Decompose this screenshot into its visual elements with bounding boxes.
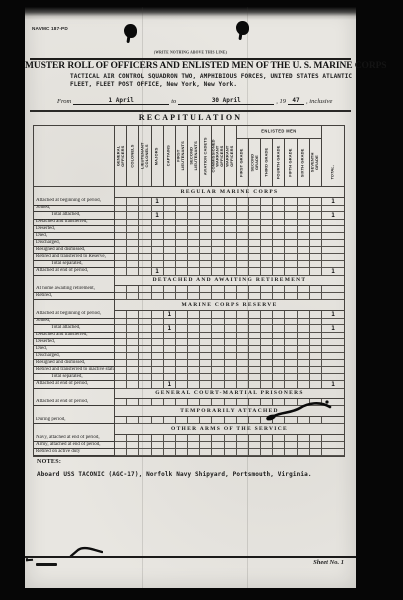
cell-value <box>115 435 127 442</box>
row-label: Retired and transferred to Reserve, <box>34 254 115 261</box>
cell-value <box>322 339 344 346</box>
cell-value <box>115 261 127 268</box>
cell-value <box>261 226 273 233</box>
cell-value <box>139 417 151 424</box>
cell-value <box>212 346 224 353</box>
cell-value <box>310 247 322 254</box>
cell-value <box>152 374 164 381</box>
cell-value <box>225 399 237 406</box>
row-label: Resigned and dismissed, <box>34 247 115 254</box>
period-line: From 1 April to 30 April , 19 47 , inclu… <box>55 97 334 105</box>
cell-value <box>200 226 212 233</box>
table-row: Deserted, <box>34 226 344 233</box>
table-row: Joined, <box>34 205 344 212</box>
cell-value <box>115 353 127 360</box>
cell-value <box>212 226 224 233</box>
cell-value <box>127 435 139 442</box>
cell-value <box>176 254 188 261</box>
row-label: At home awaiting retirement, <box>34 286 115 293</box>
ink-squiggle-mark <box>264 399 338 423</box>
cell-value <box>188 240 200 247</box>
cell-value <box>176 332 188 339</box>
column-header-first-grade: FIRST GRADE <box>237 139 249 186</box>
inclusive-label: , inclusive <box>304 98 334 105</box>
cell-value <box>164 353 176 360</box>
cell-value <box>298 339 310 346</box>
cell-value <box>237 261 249 268</box>
cell-value <box>152 449 164 456</box>
cell-value <box>188 346 200 353</box>
section-band-label-area <box>34 424 115 435</box>
cell-value <box>127 261 139 268</box>
table-row: Resigned and dismissed, <box>34 247 344 254</box>
cell-value <box>152 346 164 353</box>
cell-value <box>225 360 237 367</box>
cell-value <box>249 449 261 456</box>
cell-value <box>249 226 261 233</box>
cell-value <box>188 286 200 293</box>
table-row: Detached and transferred, <box>34 219 344 226</box>
cell-value <box>237 205 249 212</box>
cell-value <box>273 346 285 353</box>
row-label: During period, <box>34 417 115 424</box>
cell-value <box>164 367 176 374</box>
section-band: GENERAL COURT-MARTIAL PRISONERS <box>34 388 344 399</box>
cell-value <box>127 367 139 374</box>
table-row: Attached at beginning of period,11 <box>34 198 344 205</box>
cell-value <box>249 435 261 442</box>
table-row: Discharged, <box>34 353 344 360</box>
section-title: MARINE CORPS RESERVE <box>115 300 344 311</box>
cell-value <box>127 360 139 367</box>
cell-value <box>152 360 164 367</box>
cell-value <box>115 233 127 240</box>
cell-value <box>298 332 310 339</box>
cell-value <box>188 417 200 424</box>
cell-value <box>164 346 176 353</box>
section-band-label-area <box>34 187 115 198</box>
cell-value <box>310 339 322 346</box>
cell-value <box>273 332 285 339</box>
cell-value <box>298 286 310 293</box>
table-row: Resigned and dismissed, <box>34 360 344 367</box>
cell-value <box>139 318 151 325</box>
cell-value <box>212 293 224 300</box>
row-label: Retired and transferred to inactive stat… <box>34 367 115 374</box>
muster-roll-page: NAVMC 187-PD (WRITE NOTHING ABOVE THIS L… <box>25 7 356 588</box>
cell-value <box>273 233 285 240</box>
cell-value <box>261 449 273 456</box>
cell-value <box>188 261 200 268</box>
cell-value <box>176 449 188 456</box>
cell-value <box>298 318 310 325</box>
table-row: Retired and transferred to Reserve, <box>34 254 344 261</box>
cell-value <box>188 360 200 367</box>
cell-value <box>273 339 285 346</box>
cell-value <box>188 219 200 226</box>
cell-value <box>152 233 164 240</box>
enlisted-men-group-header: ENLISTED MEN <box>237 126 322 139</box>
cell-value <box>261 240 273 247</box>
cell-value <box>188 367 200 374</box>
cell-value <box>152 435 164 442</box>
cell-value <box>212 286 224 293</box>
cell-value <box>237 286 249 293</box>
cell-value <box>176 435 188 442</box>
cell-value <box>176 247 188 254</box>
cell-value <box>152 318 164 325</box>
row-label: Attached at end of period, <box>34 399 115 406</box>
cell-value <box>310 332 322 339</box>
cell-value <box>176 240 188 247</box>
cell-value <box>115 254 127 261</box>
cell-value <box>322 219 344 226</box>
cell-value <box>164 233 176 240</box>
cell-value <box>322 360 344 367</box>
cell-value <box>200 219 212 226</box>
cell-value <box>225 226 237 233</box>
cell-value <box>212 360 224 367</box>
cell-value <box>164 247 176 254</box>
cell-value <box>188 247 200 254</box>
cell-value <box>285 449 297 456</box>
cell-value <box>273 374 285 381</box>
cell-value <box>212 442 224 449</box>
cell-value <box>261 261 273 268</box>
cell-value <box>164 449 176 456</box>
recapitulation-title: RECAPITULATION <box>25 113 356 122</box>
cell-value <box>225 346 237 353</box>
cell-value <box>139 293 151 300</box>
cell-value <box>237 346 249 353</box>
cell-value <box>139 219 151 226</box>
cell-value <box>115 247 127 254</box>
cell-value <box>200 261 212 268</box>
cell-value <box>176 219 188 226</box>
cell-value <box>176 346 188 353</box>
cell-value <box>127 219 139 226</box>
cell-value <box>273 261 285 268</box>
cell-value <box>237 449 249 456</box>
cell-value <box>200 442 212 449</box>
from-label: From <box>55 98 73 105</box>
cell-value <box>273 205 285 212</box>
row-label: Retired on active duty <box>34 449 115 456</box>
section-band: DETACHED AND AWAITING RETIREMENT <box>34 275 344 286</box>
unit-address-line1: TACTICAL AIR CONTROL SQUADRON TWO, AMPHI… <box>70 73 352 81</box>
cell-value <box>261 339 273 346</box>
cell-value <box>127 247 139 254</box>
table-row: Army, attached at end of period, <box>34 442 344 449</box>
row-label: Discharged, <box>34 240 115 247</box>
cell-value <box>273 247 285 254</box>
cell-value <box>310 293 322 300</box>
cell-value <box>261 293 273 300</box>
row-label: Died, <box>34 233 115 240</box>
cell-value <box>200 399 212 406</box>
cell-value <box>322 205 344 212</box>
cell-value <box>127 374 139 381</box>
cell-value <box>139 254 151 261</box>
cell-value <box>261 442 273 449</box>
to-label: to <box>169 98 178 105</box>
cell-value <box>237 219 249 226</box>
cell-value <box>310 449 322 456</box>
cell-value <box>139 247 151 254</box>
cell-value <box>298 219 310 226</box>
cell-value <box>237 240 249 247</box>
cell-value <box>115 399 127 406</box>
from-value: 1 April <box>73 97 169 105</box>
cell-value <box>188 233 200 240</box>
cell-value <box>237 332 249 339</box>
cell-value <box>188 332 200 339</box>
cell-value <box>285 286 297 293</box>
cell-value <box>322 435 344 442</box>
cell-value <box>176 233 188 240</box>
cell-value <box>164 417 176 424</box>
cell-value <box>127 205 139 212</box>
cell-value <box>176 261 188 268</box>
cell-value <box>188 318 200 325</box>
cell-value <box>249 442 261 449</box>
cell-value <box>322 346 344 353</box>
cell-value <box>164 219 176 226</box>
cell-value <box>310 219 322 226</box>
column-header-third-grade: THIRD GRADE <box>261 139 273 186</box>
cell-value <box>212 205 224 212</box>
cell-value <box>310 374 322 381</box>
cell-value <box>176 318 188 325</box>
row-label: Total separated, <box>34 374 115 381</box>
cell-value <box>127 346 139 353</box>
cell-value <box>285 360 297 367</box>
cell-value <box>322 374 344 381</box>
cell-value <box>139 233 151 240</box>
cell-value <box>139 240 151 247</box>
cell-value <box>212 339 224 346</box>
cell-value <box>176 226 188 233</box>
cell-value <box>322 240 344 247</box>
cell-value <box>249 353 261 360</box>
cell-value <box>212 417 224 424</box>
cell-value <box>310 360 322 367</box>
cell-value <box>298 346 310 353</box>
cell-value <box>322 233 344 240</box>
section-title: OTHER ARMS OF THE SERVICE <box>115 424 344 435</box>
cell-value <box>285 353 297 360</box>
cell-value <box>164 435 176 442</box>
cell-value <box>200 353 212 360</box>
section-band-label-area <box>34 406 115 417</box>
cell-value <box>225 205 237 212</box>
cell-value <box>188 226 200 233</box>
cell-value <box>273 449 285 456</box>
row-label: Died, <box>34 346 115 353</box>
cell-value <box>298 442 310 449</box>
cell-value <box>212 254 224 261</box>
column-header-second-lieutenants: SECOND LIEUTENANTS <box>188 126 200 186</box>
cell-value <box>152 353 164 360</box>
cell-value <box>164 360 176 367</box>
cell-value <box>285 226 297 233</box>
cell-value <box>237 254 249 261</box>
cell-value <box>285 374 297 381</box>
cell-value <box>261 367 273 374</box>
cell-value <box>322 247 344 254</box>
cell-value <box>200 449 212 456</box>
cell-value <box>164 374 176 381</box>
cell-value <box>176 399 188 406</box>
cell-value <box>188 293 200 300</box>
cell-value <box>176 374 188 381</box>
cell-value <box>200 332 212 339</box>
cell-value <box>273 435 285 442</box>
table-row: Died, <box>34 233 344 240</box>
cell-value <box>237 247 249 254</box>
cell-value <box>285 318 297 325</box>
scan-edge-artifact <box>25 7 356 20</box>
section-band-label-area <box>34 300 115 311</box>
row-label: Resigned and dismissed, <box>34 360 115 367</box>
cell-value <box>225 435 237 442</box>
table-row: Detached and transferred, <box>34 332 344 339</box>
cell-value <box>249 219 261 226</box>
cell-value <box>152 205 164 212</box>
cell-value <box>310 286 322 293</box>
cell-value <box>225 261 237 268</box>
cell-value <box>273 226 285 233</box>
cell-value <box>261 353 273 360</box>
cell-value <box>322 353 344 360</box>
cell-value <box>273 293 285 300</box>
column-header-warrant-officers: WARRANT OFFICERS <box>225 126 237 186</box>
cell-value <box>273 367 285 374</box>
cell-value <box>127 353 139 360</box>
cell-value <box>237 339 249 346</box>
cell-value <box>176 339 188 346</box>
table-row: Attached at beginning of period,11 <box>34 311 344 318</box>
cell-value <box>212 233 224 240</box>
cell-value <box>127 339 139 346</box>
cell-value <box>225 233 237 240</box>
cell-value <box>176 367 188 374</box>
cell-value <box>127 240 139 247</box>
cell-value <box>285 205 297 212</box>
cell-value <box>212 247 224 254</box>
cell-value <box>139 286 151 293</box>
cell-value <box>152 332 164 339</box>
section-band: OTHER ARMS OF THE SERVICE <box>34 424 344 435</box>
cell-value <box>115 240 127 247</box>
cell-value <box>200 254 212 261</box>
column-header-general-officers: GENERAL OFFICERS <box>115 126 127 186</box>
cell-value <box>139 332 151 339</box>
cell-value <box>273 353 285 360</box>
section-title: DETACHED AND AWAITING RETIREMENT <box>115 275 344 286</box>
cell-value <box>127 442 139 449</box>
row-label: Total separated, <box>34 261 115 268</box>
section-band-label-area <box>34 275 115 286</box>
cell-value <box>139 442 151 449</box>
cell-value <box>152 442 164 449</box>
cell-value <box>139 346 151 353</box>
cell-value <box>176 293 188 300</box>
cell-value <box>285 219 297 226</box>
cell-value <box>188 254 200 261</box>
cell-value <box>212 240 224 247</box>
column-header-colonels: COLONELS <box>127 126 139 186</box>
notes-text: Aboard USS TACONIC (AGC-17), Norfolk Nav… <box>37 471 312 478</box>
cell-value <box>249 367 261 374</box>
cell-value <box>322 442 344 449</box>
cell-value <box>261 332 273 339</box>
cell-value <box>298 233 310 240</box>
cell-value <box>152 367 164 374</box>
cell-value <box>152 219 164 226</box>
cell-value <box>115 293 127 300</box>
row-label: Army, attached at end of period, <box>34 442 115 449</box>
row-label: Navy, attached at end of period, <box>34 435 115 442</box>
cell-value <box>225 240 237 247</box>
cell-value <box>176 417 188 424</box>
cell-value <box>261 346 273 353</box>
print-mark <box>26 558 33 561</box>
cell-value <box>261 247 273 254</box>
cell-value <box>152 399 164 406</box>
cell-value <box>200 318 212 325</box>
table-row: Retired, <box>34 293 344 300</box>
cell-value <box>273 219 285 226</box>
cell-value <box>152 261 164 268</box>
table-row: Total attached,11 <box>34 325 344 332</box>
cell-value <box>188 353 200 360</box>
cell-value <box>237 417 249 424</box>
cell-value <box>310 240 322 247</box>
cell-value <box>127 286 139 293</box>
table-row: Joined, <box>34 318 344 325</box>
cell-value <box>298 360 310 367</box>
cell-value <box>127 449 139 456</box>
cell-value <box>152 247 164 254</box>
cell-value <box>200 286 212 293</box>
year-value: 47 <box>288 97 304 105</box>
cell-value <box>285 247 297 254</box>
row-label: Retired, <box>34 293 115 300</box>
cell-value <box>188 435 200 442</box>
cell-value <box>139 374 151 381</box>
cell-value <box>310 261 322 268</box>
column-header-commissioned-warrant-officers: COMMISSIONED WARRANT OFFICERS <box>212 126 224 186</box>
header-rule <box>30 58 351 60</box>
cell-value <box>261 318 273 325</box>
cell-value <box>139 399 151 406</box>
cell-value <box>237 442 249 449</box>
unit-address: TACTICAL AIR CONTROL SQUADRON TWO, AMPHI… <box>70 73 352 88</box>
cell-value <box>164 254 176 261</box>
row-label: Joined, <box>34 205 115 212</box>
cell-value <box>273 240 285 247</box>
punch-hole-left <box>124 24 137 38</box>
cell-value <box>212 399 224 406</box>
cell-value <box>188 449 200 456</box>
cell-value <box>212 332 224 339</box>
cell-value <box>200 339 212 346</box>
cell-value <box>298 205 310 212</box>
cell-value <box>298 261 310 268</box>
sheet-number: Sheet No. 1 <box>313 559 344 566</box>
cell-value <box>212 318 224 325</box>
